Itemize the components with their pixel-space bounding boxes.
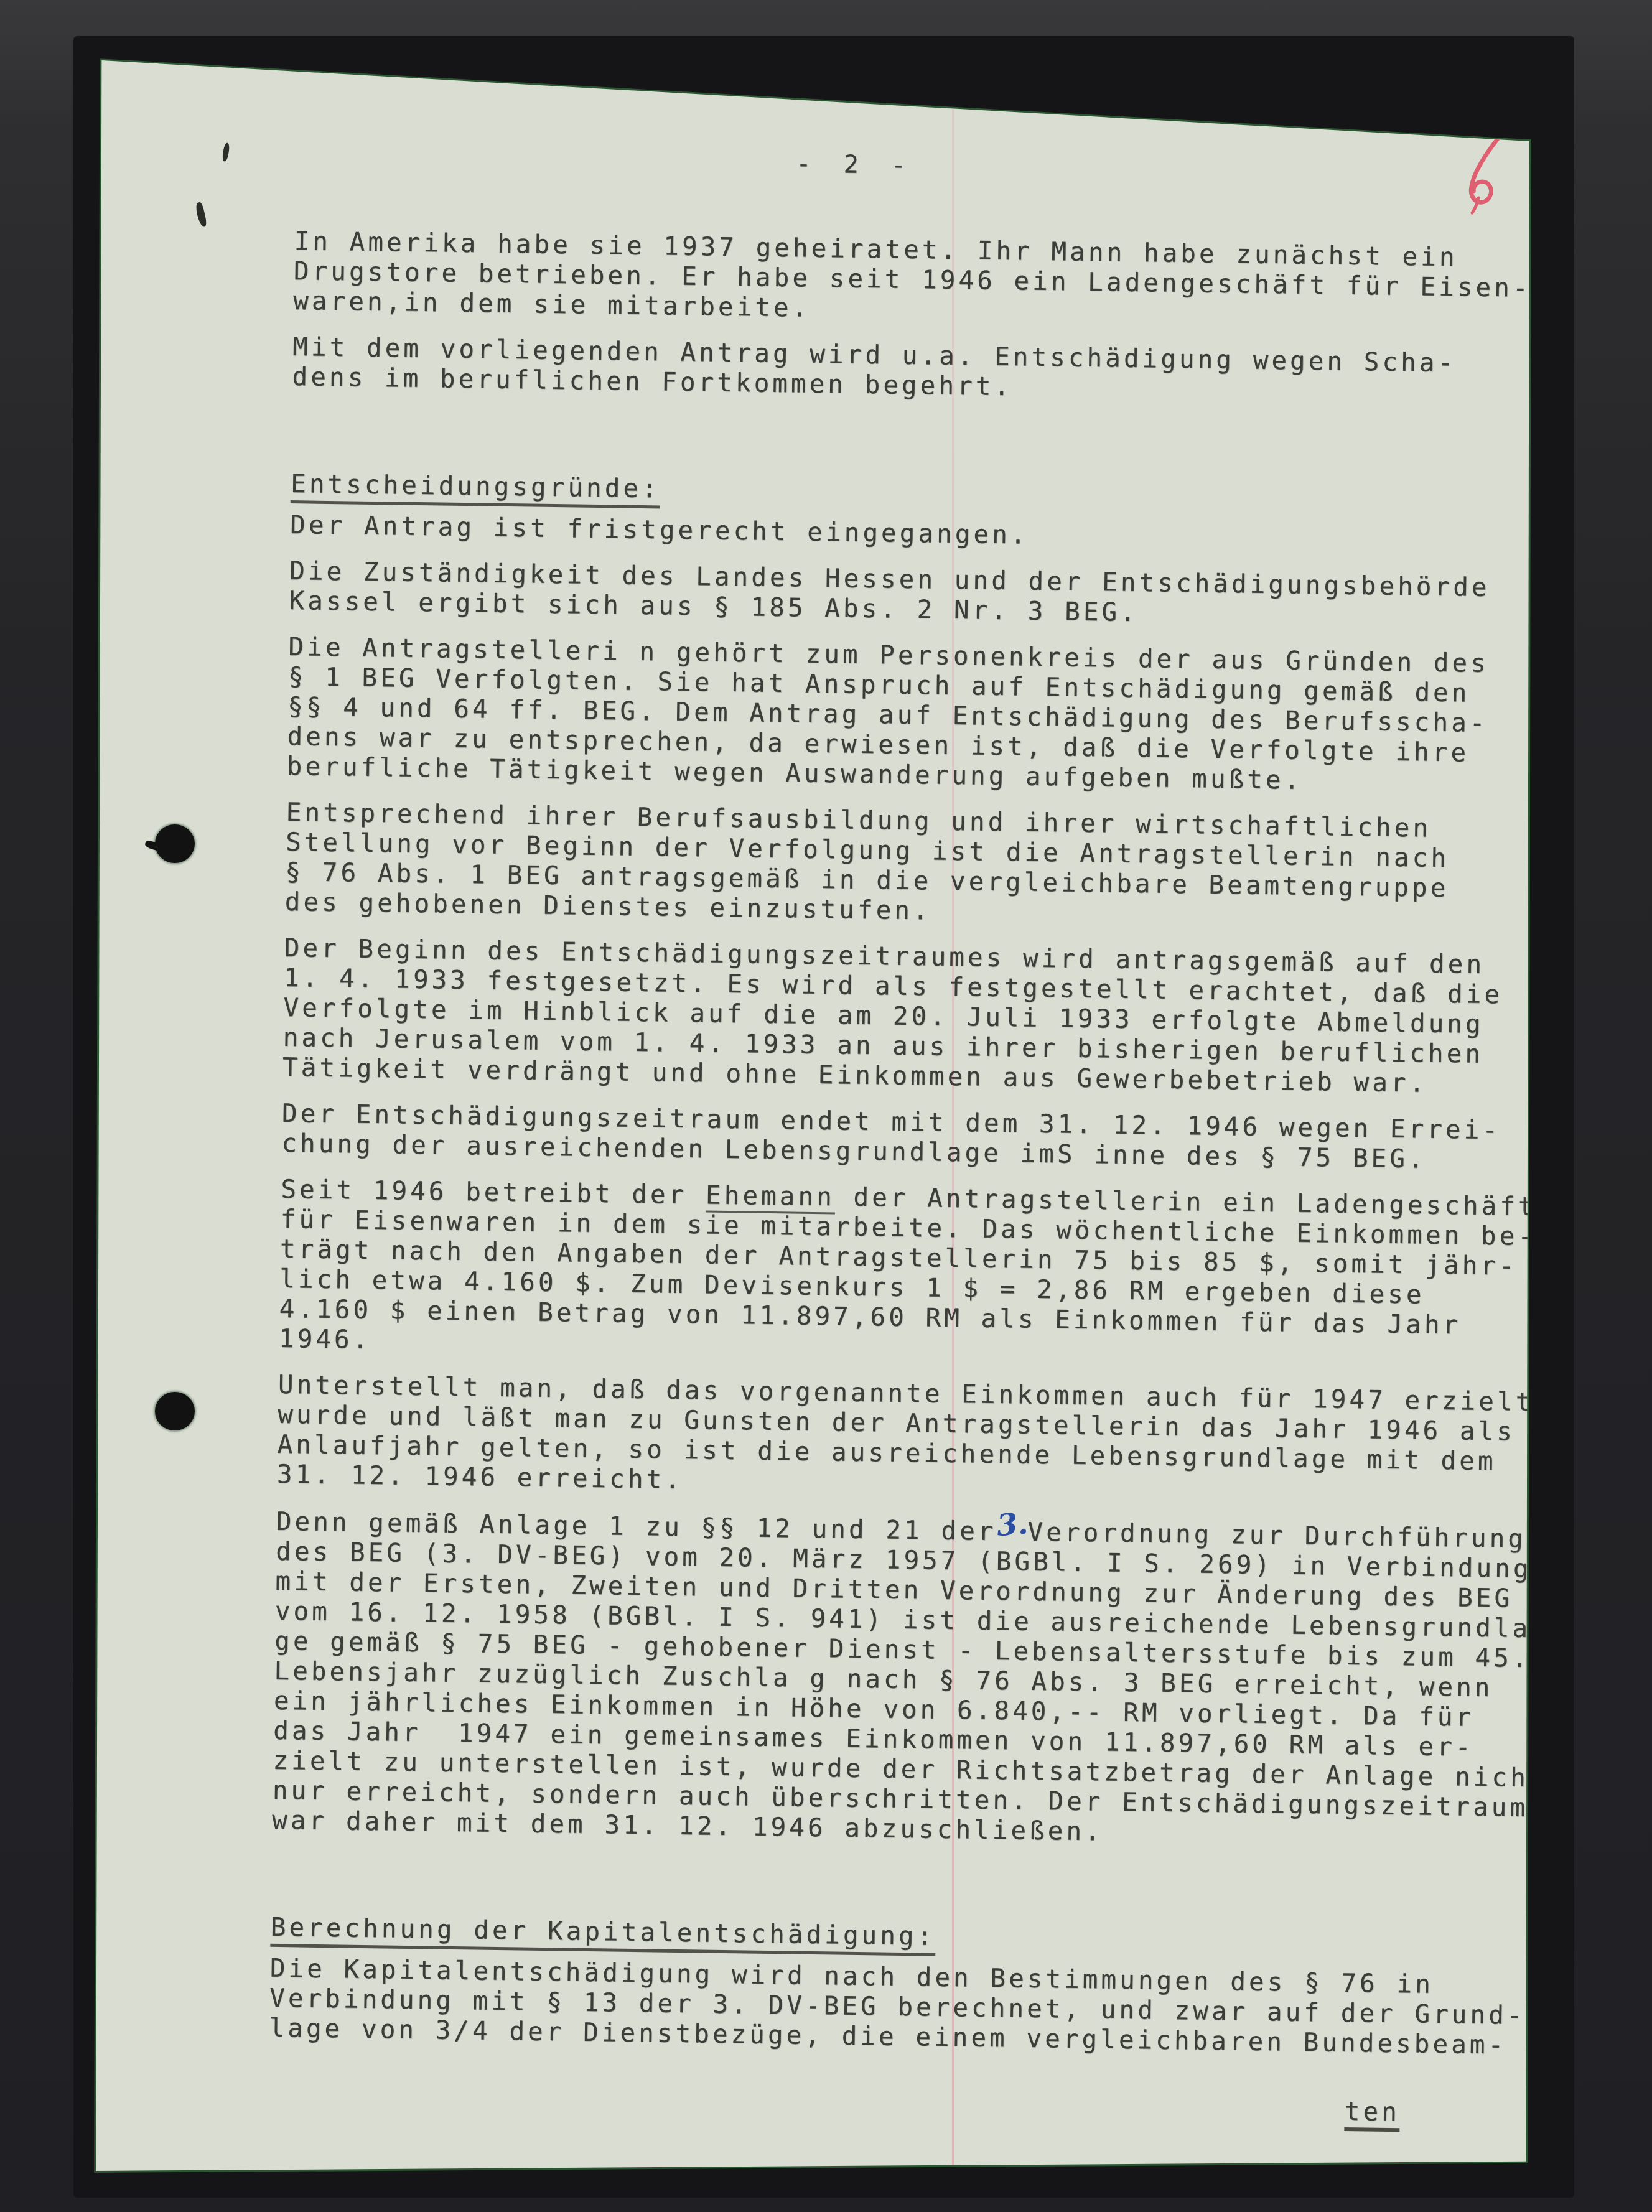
section-heading-text: Entscheidungsgründe: bbox=[291, 469, 660, 508]
paragraph: Der Entschädigungszeitraum endet mit dem… bbox=[281, 1098, 1538, 1175]
catchword: ten bbox=[1344, 2096, 1400, 2132]
paragraph: In Amerika habe sie 1937 geheiratet. Ihr… bbox=[293, 226, 1550, 333]
paragraph: Die Antragstelleri n gehört zum Personen… bbox=[286, 632, 1544, 798]
paper-sheet: - 2 - In Amerika habe sie 1937 geheirate… bbox=[95, 57, 1530, 2171]
paragraph: Unterstellt man, daß das vorgenannte Ein… bbox=[277, 1370, 1534, 1506]
paragraph: Der Beginn des Entschädigungszeitraumes … bbox=[282, 933, 1540, 1099]
underlined-word: Ehemann bbox=[706, 1180, 836, 1215]
typed-text-body: In Amerika habe sie 1937 geheiratet. Ihr… bbox=[269, 226, 1550, 2076]
paragraph: Mit dem vorliegenden Antrag wird u.a. En… bbox=[292, 332, 1548, 409]
handwritten-page-index-6 bbox=[1458, 134, 1514, 217]
paragraph: Seit 1946 betreibt der Ehemann der Antra… bbox=[279, 1174, 1537, 1371]
ink-smudge bbox=[222, 142, 230, 162]
blue-ink-insertion: 3. bbox=[996, 1509, 1029, 1541]
paragraph: Die Kapitalentschädigung wird nach den B… bbox=[269, 1953, 1526, 2060]
section-heading: Berechnung der Kapitalentschädigung: bbox=[270, 1912, 1526, 1959]
section-heading: Entscheidungsgründe: bbox=[291, 469, 1546, 516]
page-number: - 2 - bbox=[796, 149, 915, 180]
paragraph: Die Zuständigkeit des Landes Hessen und … bbox=[289, 556, 1545, 633]
typed-line: Der Antrag ist fristgerecht eingegangen. bbox=[290, 510, 1546, 557]
paper-edge: - 2 - In Amerika habe sie 1937 geheirate… bbox=[93, 55, 1532, 2173]
section-heading-text: Berechnung der Kapitalentschädigung: bbox=[270, 1912, 935, 1956]
paragraph: Denn gemäß Anlage 1 zu §§ 12 und 21 der3… bbox=[272, 1505, 1532, 1852]
scan-background: { "page": { "number_label": "- 2 -", "ha… bbox=[0, 0, 1652, 2212]
paragraph: Der Antrag ist fristgerecht eingegangen. bbox=[290, 510, 1546, 557]
paragraph: Entsprechend ihrer Berufsausbildung und … bbox=[284, 797, 1541, 934]
page-content: - 2 - In Amerika habe sie 1937 geheirate… bbox=[80, 54, 1544, 2188]
ink-smudge bbox=[195, 202, 208, 228]
